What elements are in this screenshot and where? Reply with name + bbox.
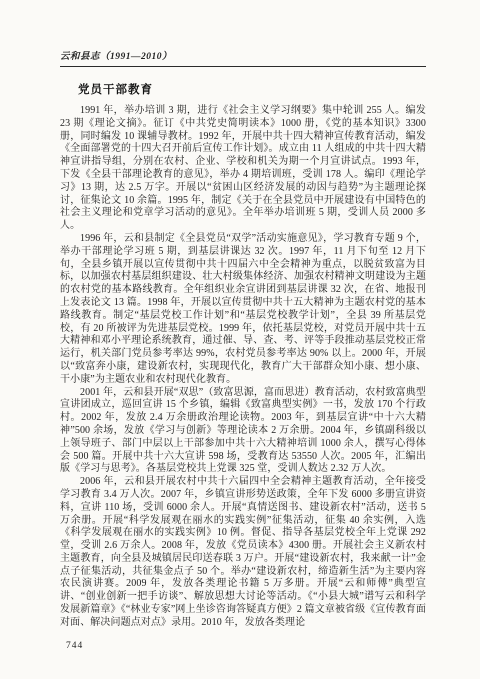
page-number: 744: [66, 641, 83, 651]
page-header: 云和县志（1991—2010）: [60, 48, 426, 67]
section-title: 党员干部教育: [60, 81, 426, 97]
paragraph-1996-2000: 1996 年，云和县制定《全县党员“双学”活动实施意见》，学习教育专题 9 个，…: [60, 233, 426, 387]
paragraph-2001-2005: 2001 年，云和县开展“双思”（致富思源，富而思进）教育活动，农村致富典型宣讲…: [60, 387, 426, 477]
paragraph-1991-1995: 1991 年，举办培训 3 期，进行《社会主义学习纲要》集中轮训 255 人。编…: [60, 105, 426, 233]
running-head-book-title: 云和县志（1991—2010）: [60, 48, 426, 66]
paragraph-2006-2010: 2006 年，云和县开展农村中共十六届四中全会精神主题教育活动，全年接受学习教育…: [60, 476, 426, 630]
page-footer: 744: [60, 630, 426, 653]
header-divider-rule: [60, 66, 426, 67]
book-page: 云和县志（1991—2010） 党员干部教育 1991 年，举办培训 3 期，进…: [0, 0, 480, 679]
article-body: 党员干部教育 1991 年，举办培训 3 期，进行《社会主义学习纲要》集中轮训 …: [60, 81, 426, 630]
